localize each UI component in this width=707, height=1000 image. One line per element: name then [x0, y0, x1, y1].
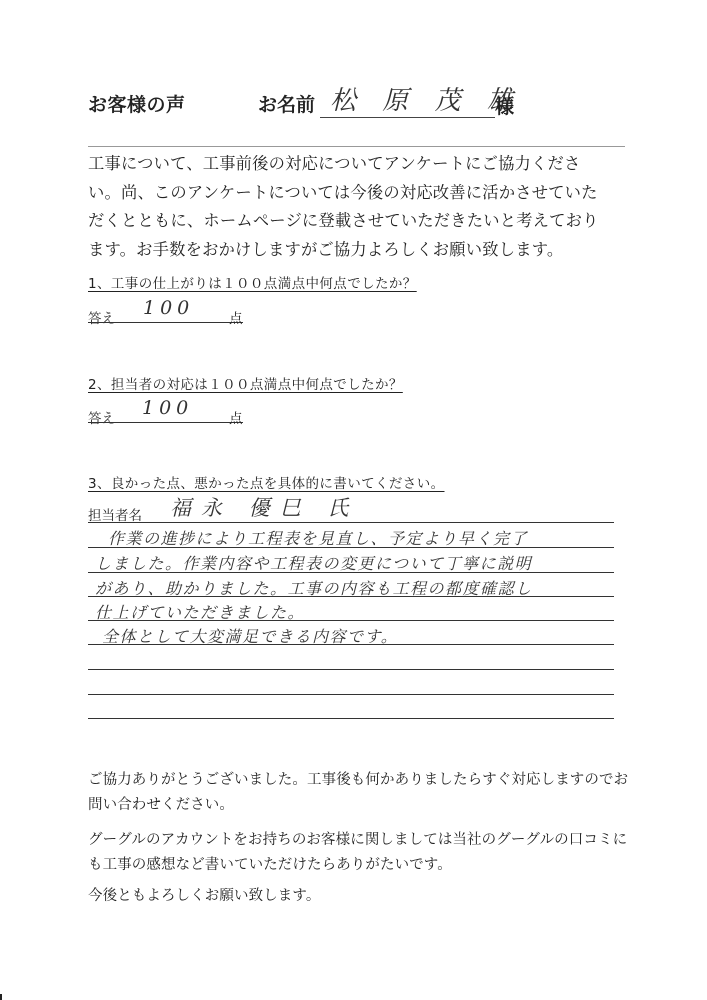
- answer-2-underline: [88, 422, 243, 423]
- name-underline: [320, 117, 495, 118]
- ruled-line: [88, 669, 614, 670]
- question-3-label: 3、良かった点、悪かった点を具体的に書いてください。: [88, 472, 445, 492]
- answer-2-value: 100: [142, 397, 193, 419]
- question-1-label: 1、工事の仕上がりは１００点満点中何点でしたか？: [88, 272, 417, 292]
- comment-line: 作業の進捗により工程表を見直し、予定より早く完了: [108, 526, 528, 549]
- staff-name-handwritten: 福永 優巳 氏: [170, 492, 358, 522]
- staff-label: 担当者名: [88, 504, 142, 524]
- intro-line: 工事について、工事前後の対応についてアンケートにご協力くださ: [88, 150, 633, 179]
- answer-2-unit: 点: [229, 407, 243, 427]
- comment-line: しました。作業内容や工程表の変更について丁寧に説明: [95, 551, 532, 574]
- closing-paragraph-3: 今後ともよろしくお願い致します。: [88, 884, 633, 909]
- ruled-line: [88, 694, 614, 695]
- intro-line: ます。お手数をおかけしますがご協力よろしくお願い致します。: [88, 236, 633, 265]
- comment-line: 仕上げていただきました。: [95, 600, 305, 623]
- page-title: お客様の声: [88, 90, 186, 117]
- answer-1-value: 100: [143, 297, 194, 319]
- comment-line: 全体として大変満足できる内容です。: [102, 624, 398, 647]
- intro-line: い。尚、このアンケートについては今後の対応改善に活かさせていた: [88, 179, 633, 208]
- question-2-label: 2、担当者の対応は１００点満点中何点でしたか？: [88, 373, 403, 393]
- intro-text: 工事について、工事前後の対応についてアンケートにご協力くださ い。尚、このアンケ…: [88, 150, 633, 264]
- answer-1-label: 答え: [88, 307, 115, 327]
- scan-mark: [0, 994, 2, 1000]
- closing-paragraph-2: グーグルのアカウントをお持ちのお客様に関しましては当社のグーグルの口コミにも工事…: [88, 828, 633, 878]
- answer-1-underline: [88, 322, 243, 323]
- answer-2-label: 答え: [88, 407, 115, 427]
- honorific: 様: [495, 92, 514, 119]
- name-label: お名前: [258, 90, 315, 117]
- intro-line: だくとともに、ホームページに登載させていただきたいと考えており: [88, 207, 633, 236]
- ruled-line: [88, 522, 614, 523]
- answer-1-unit: 点: [229, 307, 243, 327]
- customer-name-handwritten: 松 原 茂 雄: [330, 80, 522, 117]
- ruled-line: [88, 718, 614, 719]
- comment-line: があり、助かりました。工事の内容も工程の都度確認し: [95, 576, 533, 599]
- closing-paragraph-1: ご協力ありがとうございました。工事後も何かありましたらすぐ対応しますのでお問い合…: [88, 768, 633, 818]
- divider: [88, 146, 625, 147]
